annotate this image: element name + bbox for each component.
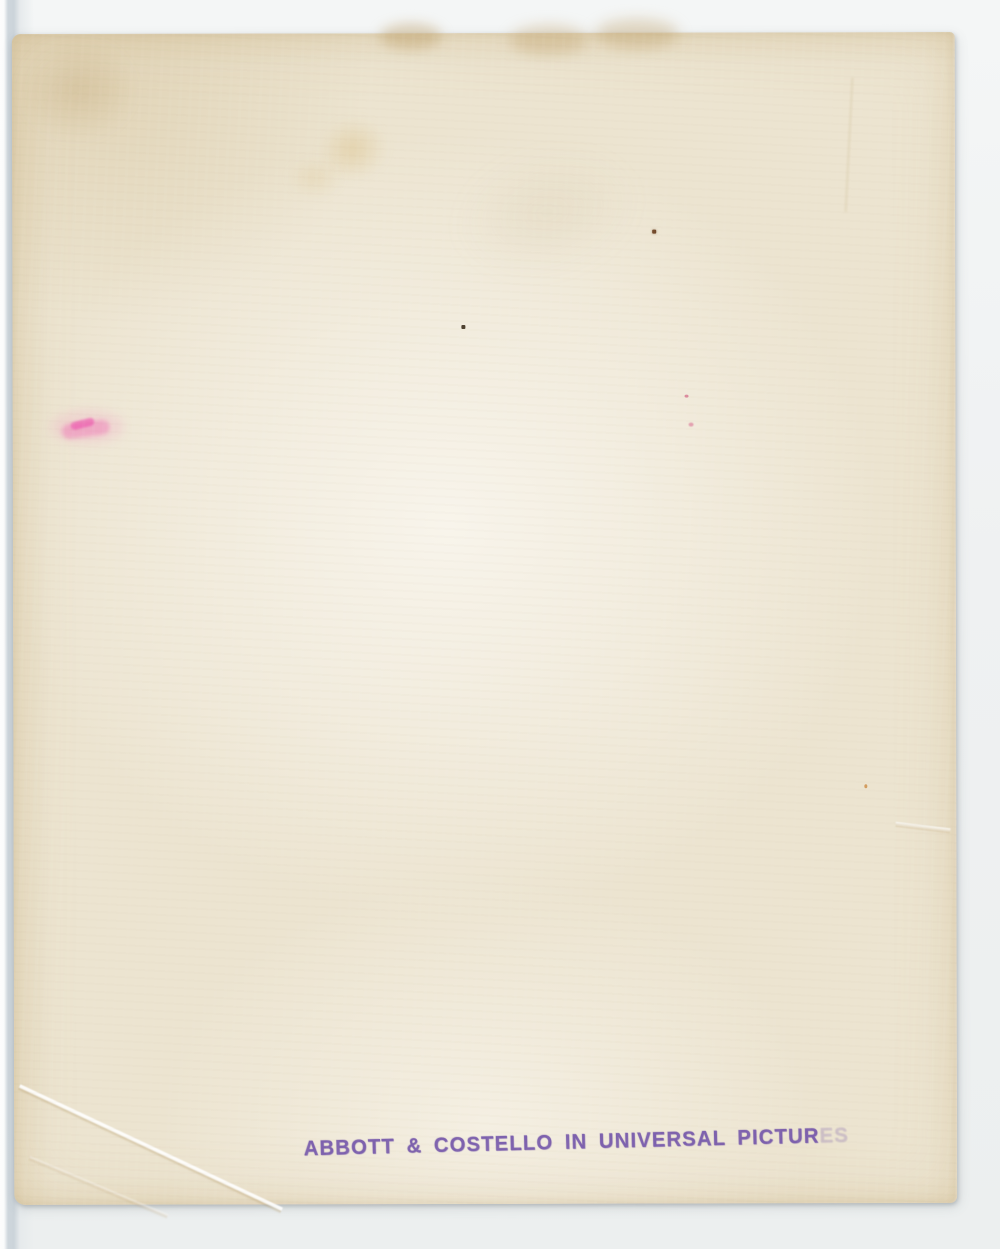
stain-top-edge-right <box>595 19 679 49</box>
stain-top-edge-center <box>510 25 588 55</box>
water-stain-upper-left-halo <box>280 151 350 203</box>
scratch-top-right <box>845 77 854 212</box>
pink-pencil-smudge-core <box>70 417 95 431</box>
stain-top-edge-left <box>380 23 442 49</box>
stain-top-left-corner <box>0 19 157 159</box>
fold-crease-bottom-left <box>17 1084 282 1214</box>
pink-speck-lower <box>689 423 694 427</box>
pink-pencil-smudge <box>61 419 110 440</box>
photo-back-paper: ABBOTT & COSTELLO IN UNIVERSAL PICTURES <box>12 32 957 1205</box>
crease-nick-right-edge <box>895 822 950 834</box>
pink-pencil-smudge-halo <box>51 410 125 444</box>
stamp-text: ABBOTT & COSTELLO IN UNIVERSAL PICTUR <box>303 1125 819 1161</box>
dark-speck-center <box>461 325 465 329</box>
orange-speck-right <box>864 784 867 788</box>
fold-crease-bottom-left-secondary <box>28 1156 168 1219</box>
wrinkle-shading <box>417 112 677 314</box>
scanner-background: ABBOTT & COSTELLO IN UNIVERSAL PICTURES <box>0 0 1000 1249</box>
stamp-text-faded: ES <box>819 1124 849 1148</box>
dark-speck-upper-right <box>652 230 656 234</box>
water-stain-upper-left <box>298 97 408 201</box>
studio-stamp: ABBOTT & COSTELLO IN UNIVERSAL PICTURES <box>303 1120 808 1166</box>
pink-speck-upper <box>685 395 689 398</box>
